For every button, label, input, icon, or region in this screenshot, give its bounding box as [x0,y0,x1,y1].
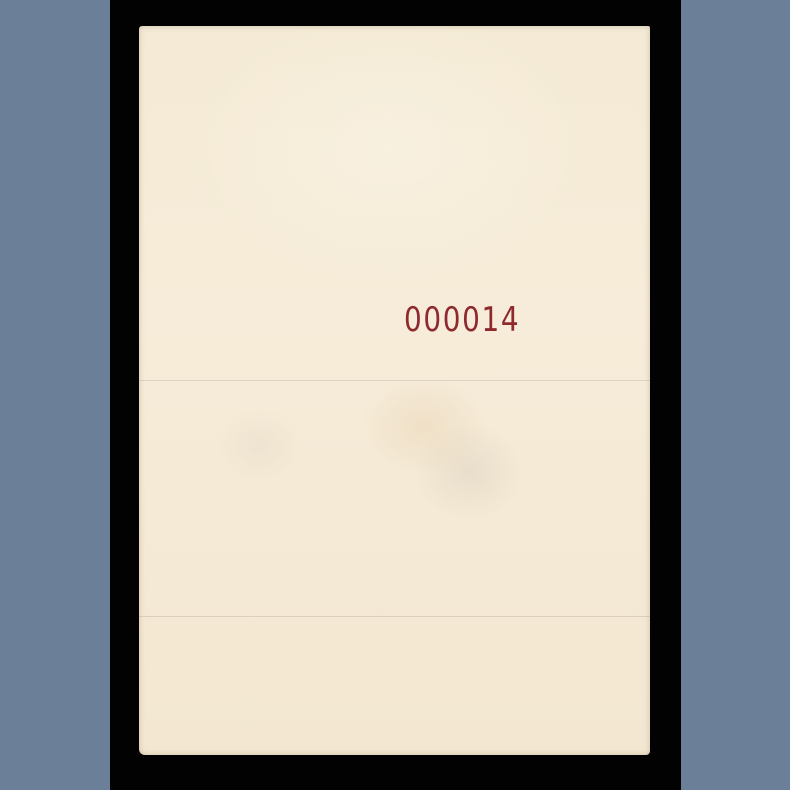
card-back [139,26,650,755]
serial-number: 000014 [404,303,520,337]
crease-line [139,616,650,617]
crease-line [139,380,650,381]
